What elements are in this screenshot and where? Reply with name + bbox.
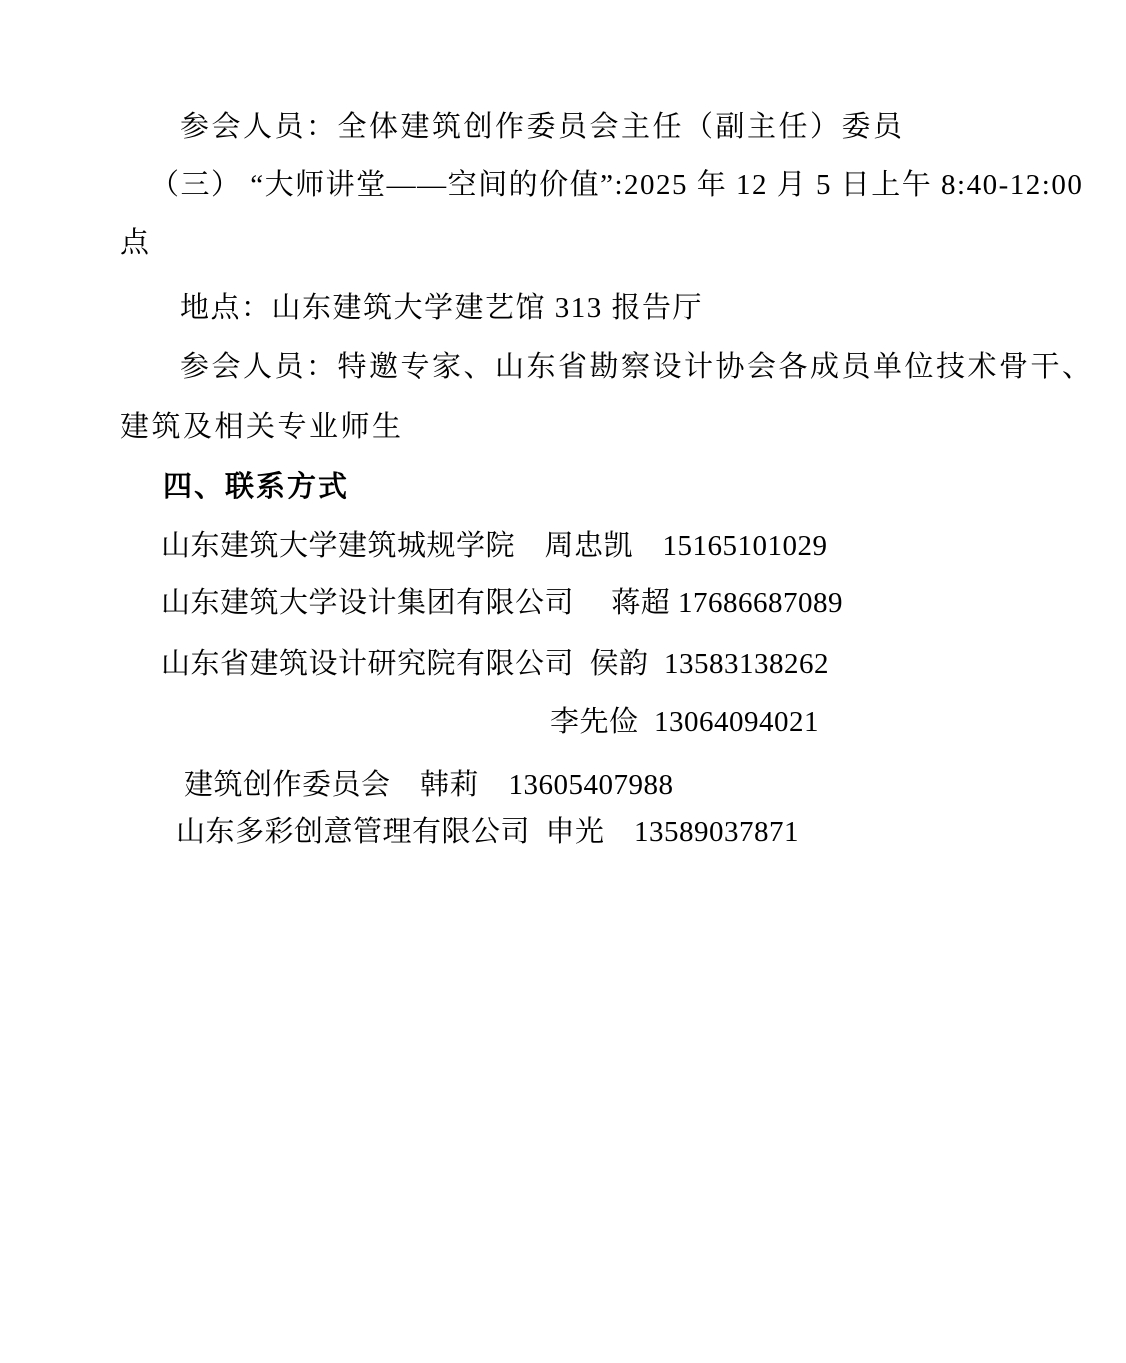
session3-attendees-line: 参会人员：特邀专家、山东省勘察设计协会各成员单位技术骨干、 [180,347,1094,387]
contact-row-creation-committee: 建筑创作委员会 韩莉 13605407988 [184,765,674,805]
session3-title-line: （三） “大师讲堂——空间的价值”:2025 年 12 月 5 日上午 8:40… [150,165,1083,205]
session3-location-line: 地点：山东建筑大学建艺馆 313 报告厅 [180,288,703,328]
contact-row-university-school: 山东建筑大学建筑城规学院 周忠凯 15165101029 [161,526,828,566]
session3-attendees-wrap-line: 建筑及相关专业师生 [120,407,404,447]
contact-row-duocai-company: 山东多彩创意管理有限公司 申光 13589037871 [176,812,799,852]
attendees-committee-line: 参会人员：全体建筑创作委员会主任（副主任）委员 [180,107,905,147]
document-page: 参会人员：全体建筑创作委员会主任（副主任）委员 （三） “大师讲堂——空间的价值… [0,0,1126,1363]
contact-row-design-group: 山东建筑大学设计集团有限公司 蒋超 17686687089 [161,583,843,623]
contact-row-design-institute-second: 李先俭 13064094021 [550,702,819,742]
contact-row-design-institute: 山东省建筑设计研究院有限公司 侯韵 13583138262 [161,644,829,684]
session3-title-wrap-line: 点 [120,223,152,263]
contact-info-heading: 四、联系方式 [163,467,349,507]
